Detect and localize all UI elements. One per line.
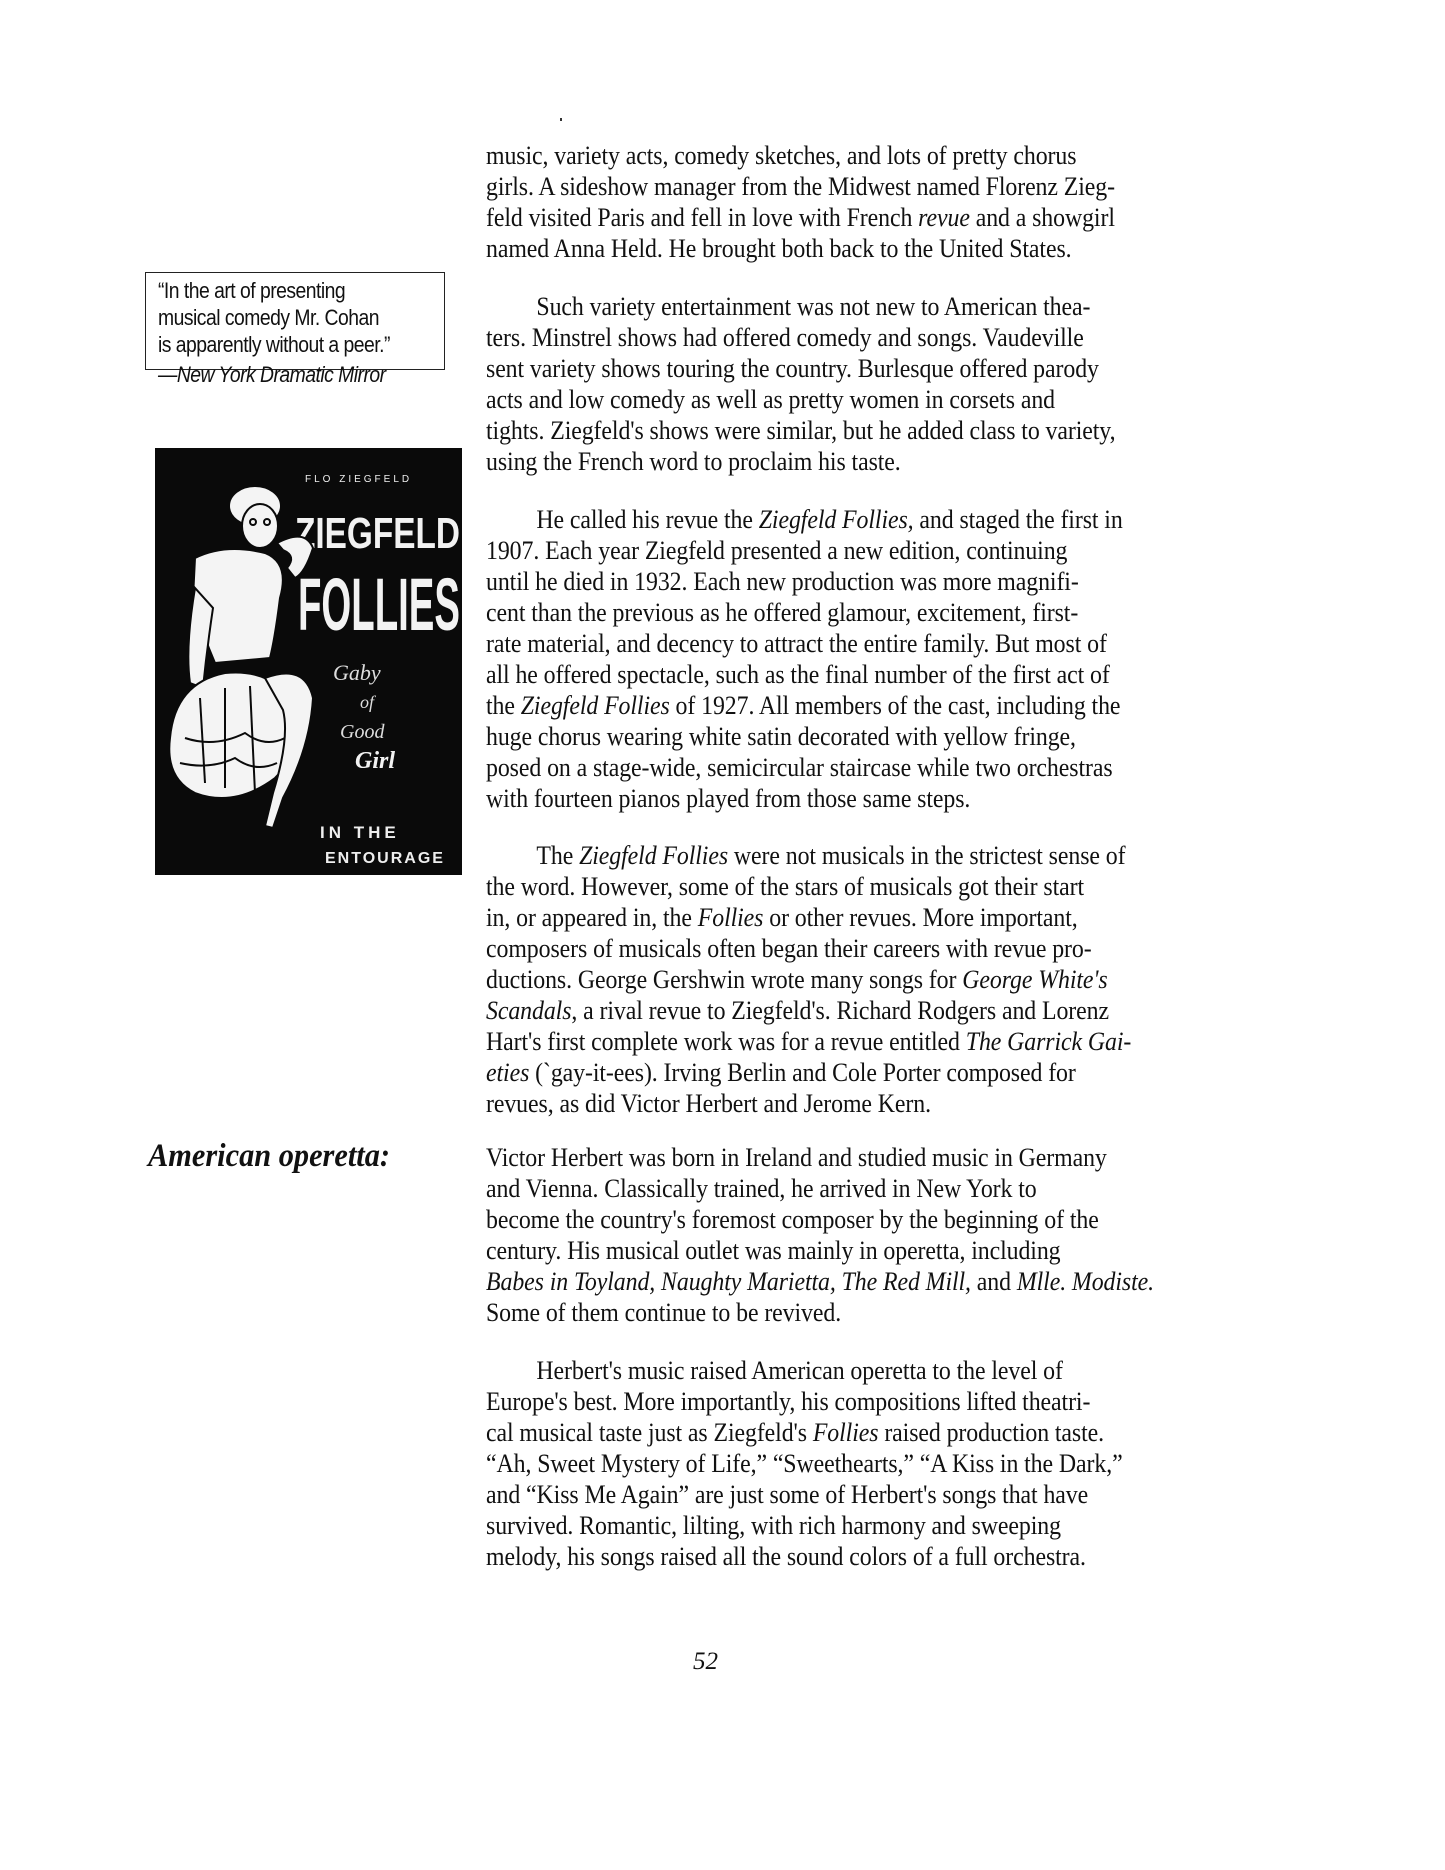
text-line: huge chorus wearing white satin decorate… [486, 721, 1197, 752]
text-line: century. His musical outlet was mainly i… [486, 1235, 1197, 1266]
page-number: 52 [693, 1648, 718, 1676]
text-line: Hart's first complete work was for a rev… [486, 1026, 1197, 1057]
quote-line: musical comedy Mr. Cohan [158, 304, 404, 331]
paragraph-follies-not-musicals: The Ziegfeld Follies were not musicals i… [486, 840, 1276, 1119]
text-line: melody, his songs raised all the sound c… [486, 1541, 1197, 1572]
text-line: posed on a stage-wide, semicircular stai… [486, 752, 1197, 783]
text-line: Scandals, a rival revue to Ziegfeld's. R… [486, 995, 1197, 1026]
poster-script-line: Girl [355, 748, 395, 774]
showgirl-illustration-icon: FLO ZIEGFELD ZIEGFELD FOLLIES Gaby of Go… [155, 448, 462, 875]
text-line: ters. Minstrel shows had offered comedy … [486, 322, 1197, 353]
text-line: revues, as did Victor Herbert and Jerome… [486, 1088, 1197, 1119]
section-heading-american-operetta: American operetta: [148, 1138, 390, 1175]
poster-bottom-line1: IN THE [320, 823, 400, 842]
text-line: ductions. George Gershwin wrote many son… [486, 964, 1197, 995]
poster-title-line2: FOLLIES [298, 563, 460, 646]
quote-line: is apparently without a peer.” [158, 331, 404, 358]
paragraph-herbert-music: Herbert's music raised American operetta… [486, 1355, 1276, 1572]
text-line: named Anna Held. He brought both back to… [486, 233, 1197, 264]
text-line: cal musical taste just as Ziegfeld's Fol… [486, 1417, 1197, 1448]
text-line: all he offered spectacle, such as the fi… [486, 659, 1197, 690]
text-line: He called his revue the Ziegfeld Follies… [486, 504, 1197, 535]
text-line: using the French word to proclaim his ta… [486, 446, 1197, 477]
text-line: Victor Herbert was born in Ireland and s… [486, 1142, 1197, 1173]
text-line: rate material, and decency to attract th… [486, 628, 1197, 659]
pull-quote-box: “In the art of presenting musical comedy… [145, 272, 445, 370]
text-line: Herbert's music raised American operetta… [486, 1355, 1197, 1386]
quote-line: “In the art of presenting [158, 277, 404, 304]
poster-title-line1: ZIEGFELD [295, 509, 460, 558]
text-line: survived. Romantic, lilting, with rich h… [486, 1510, 1197, 1541]
poster-script-line: Gaby [333, 660, 381, 685]
text-line: and Vienna. Classically trained, he arri… [486, 1173, 1197, 1204]
text-line: the Ziegfeld Follies of 1927. All member… [486, 690, 1197, 721]
text-line: cent than the previous as he offered gla… [486, 597, 1197, 628]
text-line: sent variety shows touring the country. … [486, 353, 1197, 384]
paragraph-revue-intro: music, variety acts, comedy sketches, an… [486, 140, 1276, 264]
text-line: composers of musicals often began their … [486, 933, 1197, 964]
stray-mark [560, 118, 562, 121]
poster-script-line: Good [340, 721, 385, 743]
paragraph-victor-herbert: Victor Herbert was born in Ireland and s… [486, 1142, 1276, 1328]
text-line: with fourteen pianos played from those s… [486, 783, 1197, 814]
text-line: Such variety entertainment was not new t… [486, 291, 1197, 322]
text-line: and “Kiss Me Again” are just some of Her… [486, 1479, 1197, 1510]
text-line: until he died in 1932. Each new producti… [486, 566, 1197, 597]
text-line: girls. A sideshow manager from the Midwe… [486, 171, 1197, 202]
poster-top-text: FLO ZIEGFELD [305, 474, 412, 485]
text-line: “Ah, Sweet Mystery of Life,” “Sweetheart… [486, 1448, 1197, 1479]
text-line: Europe's best. More importantly, his com… [486, 1386, 1197, 1417]
text-line: eties (ˋgay-it-ees). Irving Berlin and C… [486, 1057, 1197, 1088]
text-line: acts and low comedy as well as pretty wo… [486, 384, 1197, 415]
paragraph-variety-entertainment: Such variety entertainment was not new t… [486, 291, 1276, 477]
poster-bottom-line2: ENTOURAGE [325, 850, 445, 867]
text-line: feld visited Paris and fell in love with… [486, 202, 1197, 233]
quote-source: —New York Dramatic Mirror [158, 361, 404, 388]
text-line: The Ziegfeld Follies were not musicals i… [486, 840, 1197, 871]
text-line: the word. However, some of the stars of … [486, 871, 1197, 902]
text-line: 1907. Each year Ziegfeld presented a new… [486, 535, 1197, 566]
text-line: Some of them continue to be revived. [486, 1297, 1197, 1328]
text-line: in, or appeared in, the Follies or other… [486, 902, 1197, 933]
paragraph-ziegfeld-follies: He called his revue the Ziegfeld Follies… [486, 504, 1276, 814]
text-line: Babes in Toyland, Naughty Marietta, The … [486, 1266, 1197, 1297]
text-line: tights. Ziegfeld's shows were similar, b… [486, 415, 1197, 446]
ziegfeld-follies-poster-image: FLO ZIEGFELD ZIEGFELD FOLLIES Gaby of Go… [155, 448, 462, 875]
text-line: music, variety acts, comedy sketches, an… [486, 140, 1197, 171]
text-line: become the country's foremost composer b… [486, 1204, 1197, 1235]
